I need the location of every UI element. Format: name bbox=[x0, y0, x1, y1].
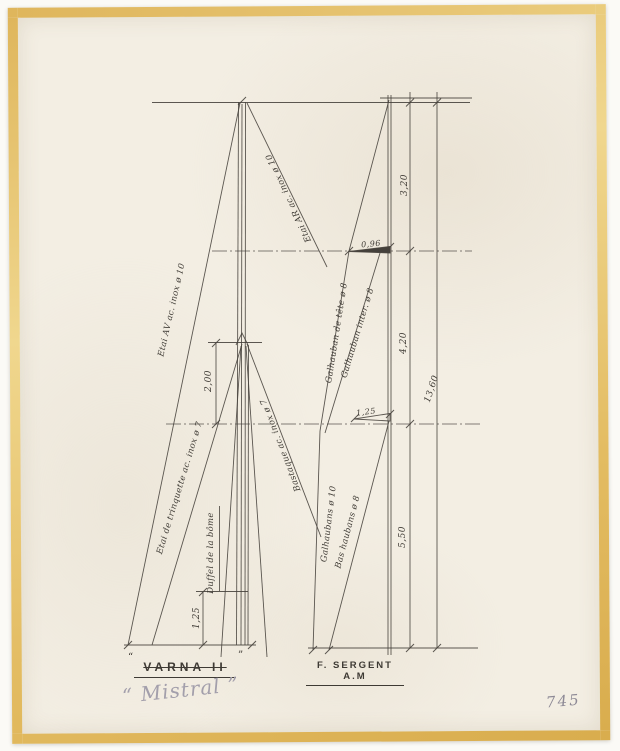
boat-name-close-quote: ” bbox=[238, 650, 243, 661]
boat-name-open-quote: “ bbox=[128, 652, 133, 663]
dim-2-00: 2,00 bbox=[204, 370, 214, 392]
dim-5-50: 5,50 bbox=[398, 526, 408, 548]
dim-0-96: 0,96 bbox=[361, 239, 382, 250]
sheet-number: 745 bbox=[545, 691, 581, 712]
label-boom: Duffel de la bôme bbox=[206, 512, 216, 593]
rigging-linework bbox=[0, 0, 620, 751]
dim-1-25-boom: 1,25 bbox=[192, 607, 202, 629]
front-view-lines bbox=[124, 98, 472, 657]
dim-4-20: 4,20 bbox=[399, 332, 409, 354]
architect-name: F. SERGENT A.M bbox=[306, 660, 404, 686]
dim-3-20: 3,20 bbox=[400, 174, 410, 196]
